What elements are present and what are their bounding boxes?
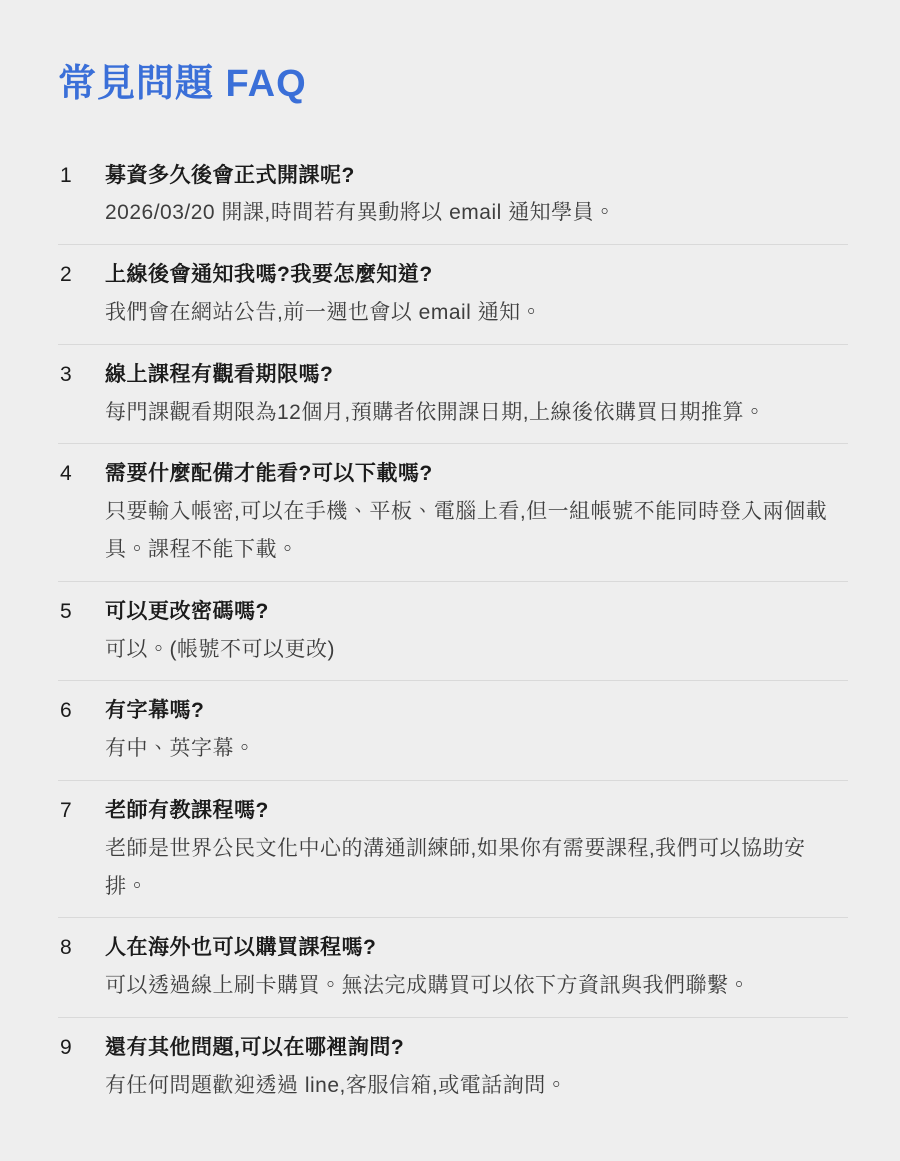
faq-item: 2 上線後會通知我嗎?我要怎麼知道? 我們會在網站公告,前一週也會以 email… xyxy=(58,244,848,344)
faq-item-answer: 每門課觀看期限為12個月,預購者依開課日期,上線後依購買日期推算。 xyxy=(105,394,848,432)
faq-item-answer: 可以透過線上刷卡購買。無法完成購買可以依下方資訊與我們聯繫。 xyxy=(105,967,848,1005)
faq-item: 4 需要什麼配備才能看?可以下載嗎? 只要輸入帳密,可以在手機、平板、電腦上看,… xyxy=(58,443,848,580)
page-title: 常見問題 FAQ xyxy=(58,62,848,108)
faq-item-question: 有字幕嗎? xyxy=(105,692,848,730)
faq-item-question: 線上課程有觀看期限嗎? xyxy=(105,356,848,394)
faq-item-content: 線上課程有觀看期限嗎? 每門課觀看期限為12個月,預購者依開課日期,上線後依購買… xyxy=(105,356,848,432)
faq-item-number: 4 xyxy=(60,455,105,568)
faq-item-content: 有字幕嗎? 有中、英字幕。 xyxy=(105,692,848,768)
faq-item: 3 線上課程有觀看期限嗎? 每門課觀看期限為12個月,預購者依開課日期,上線後依… xyxy=(58,344,848,444)
faq-item-question: 還有其他問題,可以在哪裡詢問? xyxy=(105,1029,848,1067)
faq-item-answer: 有任何問題歡迎透過 line,客服信箱,或電話詢問。 xyxy=(105,1067,848,1105)
faq-item-answer: 老師是世界公民文化中心的溝通訓練師,如果你有需要課程,我們可以協助安排。 xyxy=(105,830,848,906)
faq-page: 常見問題 FAQ 1 募資多久後會正式開課呢? 2026/03/20 開課,時間… xyxy=(0,0,900,1161)
faq-item-question: 可以更改密碼嗎? xyxy=(105,593,848,631)
faq-item-question: 人在海外也可以購買課程嗎? xyxy=(105,929,848,967)
faq-item: 5 可以更改密碼嗎? 可以。(帳號不可以更改) xyxy=(58,581,848,681)
faq-item-answer: 2026/03/20 開課,時間若有異動將以 email 通知學員。 xyxy=(105,194,848,232)
faq-item-content: 人在海外也可以購買課程嗎? 可以透過線上刷卡購買。無法完成購買可以依下方資訊與我… xyxy=(105,929,848,1005)
faq-item: 7 老師有教課程嗎? 老師是世界公民文化中心的溝通訓練師,如果你有需要課程,我們… xyxy=(58,780,848,917)
faq-item: 8 人在海外也可以購買課程嗎? 可以透過線上刷卡購買。無法完成購買可以依下方資訊… xyxy=(58,917,848,1017)
faq-item-number: 5 xyxy=(60,593,105,669)
faq-item-content: 還有其他問題,可以在哪裡詢問? 有任何問題歡迎透過 line,客服信箱,或電話詢… xyxy=(105,1029,848,1105)
faq-item: 9 還有其他問題,可以在哪裡詢問? 有任何問題歡迎透過 line,客服信箱,或電… xyxy=(58,1017,848,1117)
faq-item: 6 有字幕嗎? 有中、英字幕。 xyxy=(58,680,848,780)
faq-item-number: 8 xyxy=(60,929,105,1005)
faq-item-content: 需要什麼配備才能看?可以下載嗎? 只要輸入帳密,可以在手機、平板、電腦上看,但一… xyxy=(105,455,848,568)
faq-item-question: 上線後會通知我嗎?我要怎麼知道? xyxy=(105,256,848,294)
faq-item-question: 老師有教課程嗎? xyxy=(105,792,848,830)
faq-item-content: 上線後會通知我嗎?我要怎麼知道? 我們會在網站公告,前一週也會以 email 通… xyxy=(105,256,848,332)
faq-item: 1 募資多久後會正式開課呢? 2026/03/20 開課,時間若有異動將以 em… xyxy=(58,146,848,245)
faq-item-number: 7 xyxy=(60,792,105,905)
faq-item-answer: 可以。(帳號不可以更改) xyxy=(105,631,848,669)
faq-item-answer: 有中、英字幕。 xyxy=(105,730,848,768)
faq-item-number: 1 xyxy=(60,157,105,233)
faq-item-number: 2 xyxy=(60,256,105,332)
faq-item-answer: 只要輸入帳密,可以在手機、平板、電腦上看,但一組帳號不能同時登入兩個載具。課程不… xyxy=(105,493,848,569)
faq-item-content: 募資多久後會正式開課呢? 2026/03/20 開課,時間若有異動將以 emai… xyxy=(105,157,848,233)
faq-item-answer: 我們會在網站公告,前一週也會以 email 通知。 xyxy=(105,294,848,332)
faq-item-content: 老師有教課程嗎? 老師是世界公民文化中心的溝通訓練師,如果你有需要課程,我們可以… xyxy=(105,792,848,905)
faq-item-question: 需要什麼配備才能看?可以下載嗎? xyxy=(105,455,848,493)
faq-item-number: 3 xyxy=(60,356,105,432)
faq-item-number: 6 xyxy=(60,692,105,768)
faq-list: 1 募資多久後會正式開課呢? 2026/03/20 開課,時間若有異動將以 em… xyxy=(58,146,848,1117)
faq-item-number: 9 xyxy=(60,1029,105,1105)
faq-item-content: 可以更改密碼嗎? 可以。(帳號不可以更改) xyxy=(105,593,848,669)
faq-item-question: 募資多久後會正式開課呢? xyxy=(105,157,848,195)
